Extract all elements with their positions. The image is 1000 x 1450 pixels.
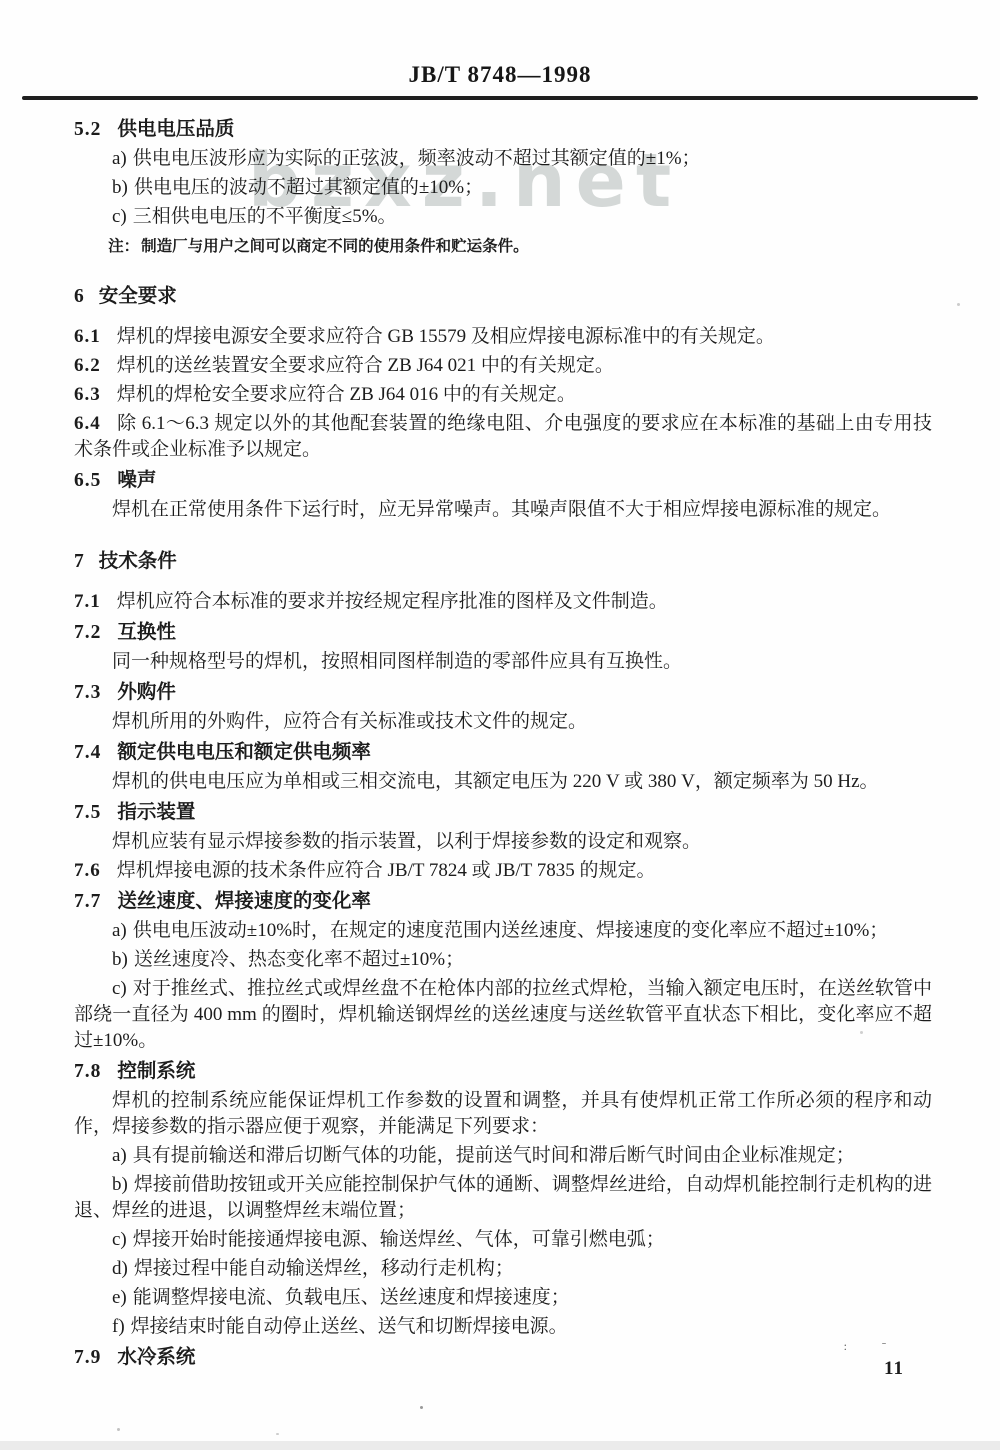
paragraph: 焊机在正常使用条件下运行时，应无异常噪声。其噪声限值不大于相应焊接电源标准的规定… — [74, 497, 932, 523]
clause-number: 7.9 — [74, 1347, 101, 1368]
item-label: a) — [112, 920, 127, 941]
body-text: 焊机应装有显示焊接参数的指示装置，以利于焊接参数的设定和观察。 — [112, 831, 701, 852]
clause-number: 6.5 — [74, 470, 101, 491]
list-item: b)送丝速度冷、热态变化率不超过±10%； — [74, 947, 932, 973]
body-text: 供电电压的波动不超过其额定值的±10%； — [134, 177, 483, 198]
scan-speck — [957, 303, 960, 306]
body-text: 同一种规格型号的焊机，按照相同图样制造的零部件应具有互换性。 — [112, 651, 682, 672]
clause-number: 7.1 — [74, 591, 101, 612]
item-label: 注： — [108, 238, 139, 255]
body-text: 具有提前输送和滞后切断气体的功能，提前送气时间和滞后断气时间由企业标准规定； — [133, 1145, 855, 1166]
list-item: a)供电电压波形应为实际的正弦波，频率波动不超过其额定值的±1%； — [74, 146, 932, 172]
body-text: 焊机在正常使用条件下运行时，应无异常噪声。其噪声限值不大于相应焊接电源标准的规定… — [112, 499, 891, 520]
clause-title: 水冷系统 — [117, 1347, 195, 1368]
item-label: c) — [112, 978, 127, 999]
clause-number: 6.1 — [74, 326, 101, 347]
clause-heading: 7.3外购件 — [74, 680, 932, 706]
body-text: 焊机的送丝装置安全要求应符合 ZB J64 021 中的有关规定。 — [117, 355, 614, 376]
body-text: 焊接过程中能自动输送焊丝，移动行走机构； — [134, 1258, 514, 1279]
note: 注：制造厂与用户之间可以商定不同的使用条件和贮运条件。 — [74, 236, 932, 258]
clause-heading: 7.2互换性 — [74, 620, 932, 646]
clause-paragraph: 7.6焊机焊接电源的技术条件应符合 JB/T 7824 或 JB/T 7835 … — [74, 858, 932, 884]
clause-heading: 7.4额定供电电压和额定供电频率 — [74, 740, 932, 766]
scan-speck: : ˉ — [844, 1339, 902, 1354]
scan-speck — [276, 1433, 279, 1435]
clause-number: 7 — [74, 551, 85, 572]
item-label: b) — [112, 949, 128, 970]
clause-title: 控制系统 — [117, 1061, 195, 1082]
clause-number: 7.3 — [74, 682, 101, 703]
item-label: c) — [112, 1229, 127, 1250]
list-item: b)供电电压的波动不超过其额定值的±10%； — [74, 175, 932, 201]
scan-edge-shadow — [0, 1441, 1000, 1450]
clause-paragraph: 6.1焊机的焊接电源安全要求应符合 GB 15579 及相应焊接电源标准中的有关… — [74, 324, 932, 350]
clause-title: 送丝速度、焊接速度的变化率 — [117, 891, 371, 912]
item-label: b) — [112, 177, 128, 198]
body-text: 焊接前借助按钮或开关应能控制保护气体的通断、调整焊丝进给，自动焊机能控制行走机构… — [74, 1174, 932, 1221]
clause-heading: 7.5指示装置 — [74, 800, 932, 826]
section-heading: 6安全要求 — [74, 284, 932, 310]
body-text: 焊机的焊接电源安全要求应符合 GB 15579 及相应焊接电源标准中的有关规定。 — [117, 326, 775, 347]
clause-heading: 6.5噪声 — [74, 468, 932, 494]
list-item: c)焊接开始时能接通焊接电源、输送焊丝、气体，可靠引燃电弧； — [74, 1227, 932, 1253]
item-label: e) — [112, 1287, 127, 1308]
clause-number: 7.4 — [74, 742, 101, 763]
body-text: 制造厂与用户之间可以商定不同的使用条件和贮运条件。 — [141, 238, 529, 255]
paragraph: 焊机的控制系统应能保证焊机工作参数的设置和调整，并具有使焊机正常工作所必须的程序… — [74, 1088, 932, 1140]
clause-heading: 7.8控制系统 — [74, 1059, 932, 1085]
clause-heading: 5.2供电电压品质 — [74, 117, 932, 143]
scan-speck — [117, 1428, 120, 1431]
body-text: 焊机应符合本标准的要求并按经规定程序批准的图样及文件制造。 — [117, 591, 668, 612]
body-text: 除 6.1～6.3 规定以外的其他配套装置的绝缘电阻、介电强度的要求应在本标准的… — [74, 413, 932, 460]
list-item: a)具有提前输送和滞后切断气体的功能，提前送气时间和滞后断气时间由企业标准规定； — [74, 1143, 932, 1169]
paragraph: 焊机应装有显示焊接参数的指示装置，以利于焊接参数的设定和观察。 — [74, 829, 932, 855]
clause-paragraph: 6.3焊机的焊枪安全要求应符合 ZB J64 016 中的有关规定。 — [74, 382, 932, 408]
list-item: c)三相供电电压的不平衡度≤5%。 — [74, 204, 932, 230]
clause-title: 指示装置 — [117, 802, 195, 823]
paragraph: 同一种规格型号的焊机，按照相同图样制造的零部件应具有互换性。 — [74, 649, 932, 675]
document-page: bzxz.net JB/T 8748—1998 5.2供电电压品质a)供电电压波… — [0, 0, 1000, 1450]
paragraph: 焊机的供电电压应为单相或三相交流电，其额定电压为 220 V 或 380 V，额… — [74, 769, 932, 795]
body-text: 供电电压波动±10%时，在规定的速度范围内送丝速度、焊接速度的变化率应不超过±1… — [133, 920, 889, 941]
item-label: c) — [112, 206, 127, 227]
clause-number: 6.2 — [74, 355, 101, 376]
clause-number: 7.5 — [74, 802, 101, 823]
list-item: c)对于推丝式、推拉丝式或焊丝盘不在枪体内部的拉丝式焊枪，当输入额定电压时，在送… — [74, 976, 932, 1054]
clause-title: 额定供电电压和额定供电频率 — [117, 742, 371, 763]
body-text: 焊机的供电电压应为单相或三相交流电，其额定电压为 220 V 或 380 V，额… — [112, 771, 879, 792]
document-body: 5.2供电电压品质a)供电电压波形应为实际的正弦波，频率波动不超过其额定值的±1… — [0, 100, 1000, 1371]
clause-heading: 7.7送丝速度、焊接速度的变化率 — [74, 889, 932, 915]
list-item: e)能调整焊接电流、负载电压、送丝速度和焊接速度； — [74, 1285, 932, 1311]
body-text: 焊接结束时能自动停止送丝、送气和切断焊接电源。 — [131, 1316, 568, 1337]
body-text: 三相供电电压的不平衡度≤5%。 — [133, 206, 397, 227]
list-item: a)供电电压波动±10%时，在规定的速度范围内送丝速度、焊接速度的变化率应不超过… — [74, 918, 932, 944]
clause-title: 安全要求 — [99, 286, 177, 307]
body-text: 焊机的控制系统应能保证焊机工作参数的设置和调整，并具有使焊机正常工作所必须的程序… — [74, 1090, 932, 1137]
body-text: 焊机的焊枪安全要求应符合 ZB J64 016 中的有关规定。 — [117, 384, 576, 405]
scan-speck — [420, 1406, 423, 1409]
item-label: a) — [112, 1145, 127, 1166]
section-heading: 7技术条件 — [74, 549, 932, 575]
list-item: b)焊接前借助按钮或开关应能控制保护气体的通断、调整焊丝进给，自动焊机能控制行走… — [74, 1172, 932, 1224]
clause-title: 外购件 — [117, 682, 176, 703]
clause-number: 7.6 — [74, 860, 101, 881]
clause-number: 7.8 — [74, 1061, 101, 1082]
body-text: 焊机焊接电源的技术条件应符合 JB/T 7824 或 JB/T 7835 的规定… — [117, 860, 656, 881]
item-label: d) — [112, 1258, 128, 1279]
clause-paragraph: 6.4除 6.1～6.3 规定以外的其他配套装置的绝缘电阻、介电强度的要求应在本… — [74, 411, 932, 463]
page-number: 11 — [884, 1358, 904, 1380]
list-item: f)焊接结束时能自动停止送丝、送气和切断焊接电源。 — [74, 1314, 932, 1340]
clause-title: 互换性 — [117, 622, 176, 643]
clause-number: 6.3 — [74, 384, 101, 405]
clause-number: 5.2 — [74, 119, 101, 140]
clause-paragraph: 7.1焊机应符合本标准的要求并按经规定程序批准的图样及文件制造。 — [74, 589, 932, 615]
clause-heading: 7.9水冷系统 — [74, 1345, 932, 1371]
body-text: 送丝速度冷、热态变化率不超过±10%； — [134, 949, 464, 970]
clause-number: 7.7 — [74, 891, 101, 912]
standard-number-header: JB/T 8748—1998 — [0, 0, 1000, 88]
body-text: 焊机所用的外购件，应符合有关标准或技术文件的规定。 — [112, 711, 587, 732]
body-text: 焊接开始时能接通焊接电源、输送焊丝、气体，可靠引燃电弧； — [133, 1229, 665, 1250]
clause-paragraph: 6.2焊机的送丝装置安全要求应符合 ZB J64 021 中的有关规定。 — [74, 353, 932, 379]
clause-title: 噪声 — [117, 470, 156, 491]
clause-number: 6.4 — [74, 413, 101, 434]
item-label: a) — [112, 148, 127, 169]
clause-title: 技术条件 — [99, 551, 177, 572]
clause-number: 7.2 — [74, 622, 101, 643]
body-text: 供电电压波形应为实际的正弦波，频率波动不超过其额定值的±1%； — [133, 148, 701, 169]
list-item: d)焊接过程中能自动输送焊丝，移动行走机构； — [74, 1256, 932, 1282]
item-label: f) — [112, 1316, 125, 1337]
scan-speck — [860, 1031, 863, 1034]
paragraph: 焊机所用的外购件，应符合有关标准或技术文件的规定。 — [74, 709, 932, 735]
clause-number: 6 — [74, 286, 85, 307]
body-text: 对于推丝式、推拉丝式或焊丝盘不在枪体内部的拉丝式焊枪，当输入额定电压时，在送丝软… — [74, 978, 932, 1051]
item-label: b) — [112, 1174, 128, 1195]
body-text: 能调整焊接电流、负载电压、送丝速度和焊接速度； — [133, 1287, 570, 1308]
clause-title: 供电电压品质 — [117, 119, 234, 140]
